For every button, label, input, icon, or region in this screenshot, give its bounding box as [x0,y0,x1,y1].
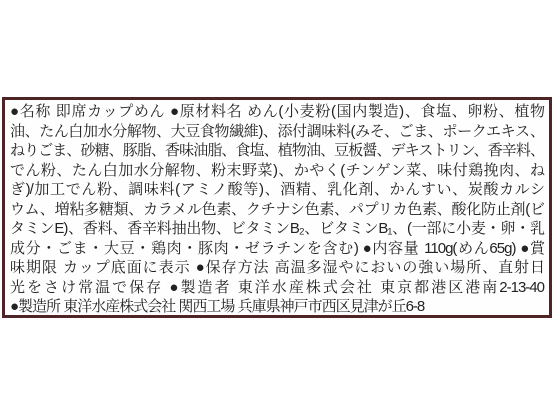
label-line-allergens-content: 成分・ごま・大豆・鶏肉・豚肉・ゼラチンを含む) ●内容量 110g(めん65g)… [10,239,544,259]
product-label-scan: ●名称 即席カップめん ●原材料名 めん(小麦粉(国内製造)、食塩、卵粉、植物 … [0,0,560,420]
label-line-additives-allergens: タミンE)、香料、香辛料抽出物、ビタミンB₂、ビタミンB₁、(一部に小麦・卵・乳 [10,219,544,239]
label-line-ingredients-3: ねりごま、砂糖、豚脂、香味油脂、食塩、植物油、豆板醤、デキストリン、香辛料、 [10,141,544,161]
label-line-ingredients-4: でん粉、たん白加水分解物、粉末野菜)、かやく(チンゲン菜、味付鶏挽肉、ね [10,161,544,181]
label-line-name-ingredients: ●名称 即席カップめん ●原材料名 めん(小麦粉(国内製造)、食塩、卵粉、植物 [10,102,544,122]
label-line-plant: ●製造所 東洋水産株式会社 関西工場 兵庫県神戸市西区見津が丘6-8 [10,297,544,317]
label-line-manufacturer: 光をさけ常温で保存 ●製造者 東洋水産株式会社 東京都港区港南2-13-40 [10,278,544,298]
label-line-additives-2: ウム、増粘多糖類、カラメル色素、クチナシ色素、パプリカ色素、酸化防止剤(ビ [10,200,544,220]
label-line-additives-1: ぎ)/加工でん粉、調味料(アミノ酸等)、酒精、乳化剤、かんすい、炭酸カルシ [10,180,544,200]
label-line-bestbefore-storage: 味期限 カップ底面に表示 ●保存方法 高温多湿やにおいの強い場所、直射日 [10,258,544,278]
label-line-ingredients-2: 油、たん白加水分解物、大豆食物繊維)、添付調味料(みそ、ごま、ポークエキス、 [10,122,544,142]
product-info-panel: ●名称 即席カップめん ●原材料名 めん(小麦粉(国内製造)、食塩、卵粉、植物 … [2,97,552,318]
